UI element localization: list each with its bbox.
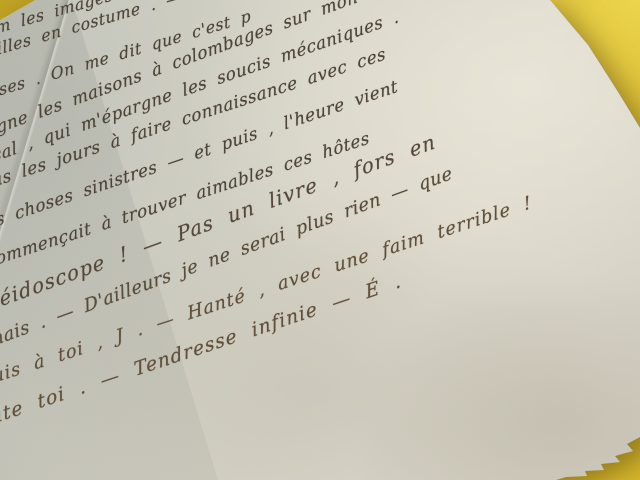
letter-paper: …om les images . — L …filles en costume … — [0, 0, 640, 480]
letter-paper-wrapper: …om les images . — L …filles en costume … — [0, 0, 640, 480]
